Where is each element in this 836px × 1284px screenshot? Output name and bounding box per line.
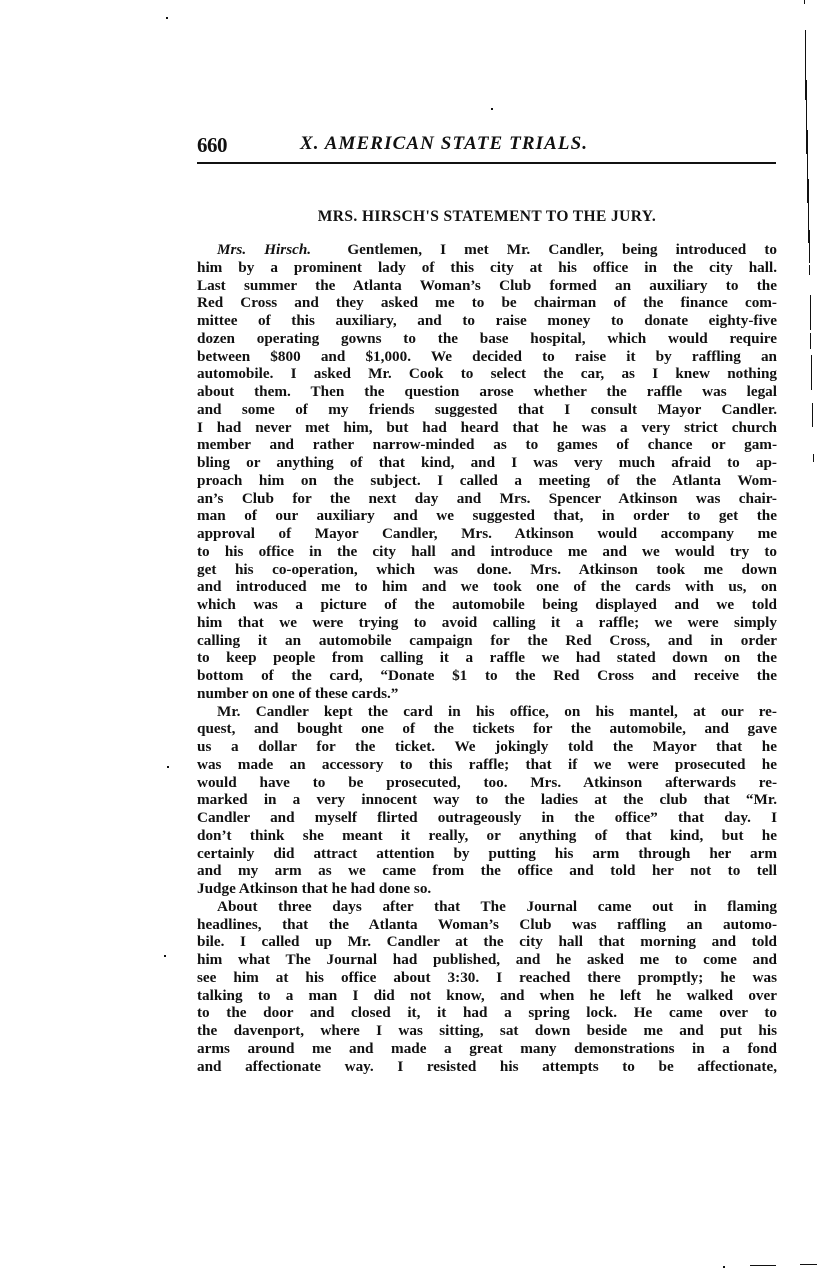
text-line: between $800 and $1,000. We decided to r… — [197, 348, 777, 366]
running-head: X. AMERICAN STATE TRIALS. — [300, 133, 588, 155]
scan-mark — [805, 80, 807, 100]
scan-mark — [813, 454, 814, 462]
text-line: us a dollar for the ticket. We jokingly … — [197, 738, 777, 756]
scan-mark — [808, 203, 809, 230]
text-line: Last summer the Atlanta Woman’s Club for… — [197, 277, 777, 295]
text-line: number on one of these cards.” — [197, 685, 777, 703]
page-number: 660 — [197, 133, 227, 158]
scan-mark — [812, 403, 813, 427]
scan-mark — [809, 243, 810, 263]
scan-mark — [809, 265, 810, 275]
text-line: the davenport, where I was sitting, sat … — [197, 1022, 777, 1040]
text-line: an’s Club for the next day and Mrs. Spen… — [197, 490, 777, 508]
text-line: to the door and closed it, it had a spri… — [197, 1004, 777, 1022]
text-line: bile. I called up Mr. Candler at the cit… — [197, 933, 777, 951]
text-line: man of our auxiliary and we suggested th… — [197, 507, 777, 525]
text-line: Judge Atkinson that he had done so. — [197, 880, 777, 898]
scan-mark — [808, 230, 810, 243]
text-line: and my arm as we came from the office an… — [197, 862, 777, 880]
page-header: 660 X. AMERICAN STATE TRIALS. — [197, 133, 777, 159]
scan-mark — [806, 130, 808, 154]
text-line: bling or anything of that kind, and I wa… — [197, 454, 777, 472]
scan-mark — [807, 154, 808, 179]
text-line: marked in a very innocent way to the lad… — [197, 791, 777, 809]
text-line: About three days after that The Journal … — [197, 898, 777, 916]
text-line: would have to be prosecuted, too. Mrs. A… — [197, 774, 777, 792]
text-line: and affectionate way. I resisted his att… — [197, 1058, 777, 1076]
text-line: Mr. Candler kept the card in his office,… — [197, 703, 777, 721]
scan-mark — [810, 295, 811, 330]
text-line: talking to a man I did not know, and whe… — [197, 987, 777, 1005]
text-line: and introduced me to him and we took one… — [197, 578, 777, 596]
speaker-label: Mrs. Hirsch. — [217, 241, 311, 258]
scan-mark — [811, 355, 812, 390]
scan-mark — [166, 17, 168, 19]
text-line: to keep people from calling it a raffle … — [197, 649, 777, 667]
text-line: and some of my friends suggested that I … — [197, 401, 777, 419]
text-line: member and rather narrow-minded as to ga… — [197, 436, 777, 454]
scan-mark — [807, 179, 809, 203]
scan-mark — [167, 766, 169, 768]
text-line: I had never met him, but had heard that … — [197, 419, 777, 437]
text-line: mittee of this auxiliary, and to raise m… — [197, 312, 777, 330]
text-line: certainly did attract attention by putti… — [197, 845, 777, 863]
text-line: approval of Mayor Candler, Mrs. Atkinson… — [197, 525, 777, 543]
text-line: proach him on the subject. I called a me… — [197, 472, 777, 490]
text-line: which was a picture of the automobile be… — [197, 596, 777, 614]
text-line: was made an accessory to this raffle; th… — [197, 756, 777, 774]
scan-mark — [723, 1266, 725, 1268]
text-line: calling it an automobile campaign for th… — [197, 632, 777, 650]
scan-mark — [491, 108, 493, 110]
scan-mark — [164, 955, 166, 957]
scan-mark — [806, 100, 807, 130]
text-line: get his co-operation, which was done. Mr… — [197, 561, 777, 579]
text-line: headlines, that the Atlanta Woman’s Club… — [197, 916, 777, 934]
text-line: about them. Then the question arose whet… — [197, 383, 777, 401]
scan-mark — [810, 333, 811, 349]
text-line: bottom of the card, “Donate $1 to the Re… — [197, 667, 777, 685]
text-line: him by a prominent lady of this city at … — [197, 259, 777, 277]
text-line: him what The Journal had published, and … — [197, 951, 777, 969]
text-line: dozen operating gowns to the base hospit… — [197, 330, 777, 348]
text-line: him that we were trying to avoid calling… — [197, 614, 777, 632]
scan-mark — [800, 1264, 817, 1265]
text-line: Red Cross and they asked me to be chairm… — [197, 294, 777, 312]
text-line: don’t think she meant it really, or anyt… — [197, 827, 777, 845]
section-title: MRS. HIRSCH'S STATEMENT TO THE JURY. — [197, 208, 777, 226]
text-line: quest, and bought one of the tickets for… — [197, 720, 777, 738]
scan-mark — [750, 1265, 776, 1266]
text-line: arms around me and made a great many dem… — [197, 1040, 777, 1058]
header-rule — [197, 162, 776, 164]
text-line: see him at his office about 3:30. I reac… — [197, 969, 777, 987]
statement-body: Mrs. Hirsch. Gentlemen, I met Mr. Candle… — [197, 241, 777, 1075]
text-line: Candler and myself flirted outrageously … — [197, 809, 777, 827]
text-line: Mrs. Hirsch. Gentlemen, I met Mr. Candle… — [197, 241, 777, 259]
text-line: to his office in the city hall and intro… — [197, 543, 777, 561]
text-line: automobile. I asked Mr. Cook to select t… — [197, 365, 777, 383]
scan-mark — [804, 0, 805, 4]
